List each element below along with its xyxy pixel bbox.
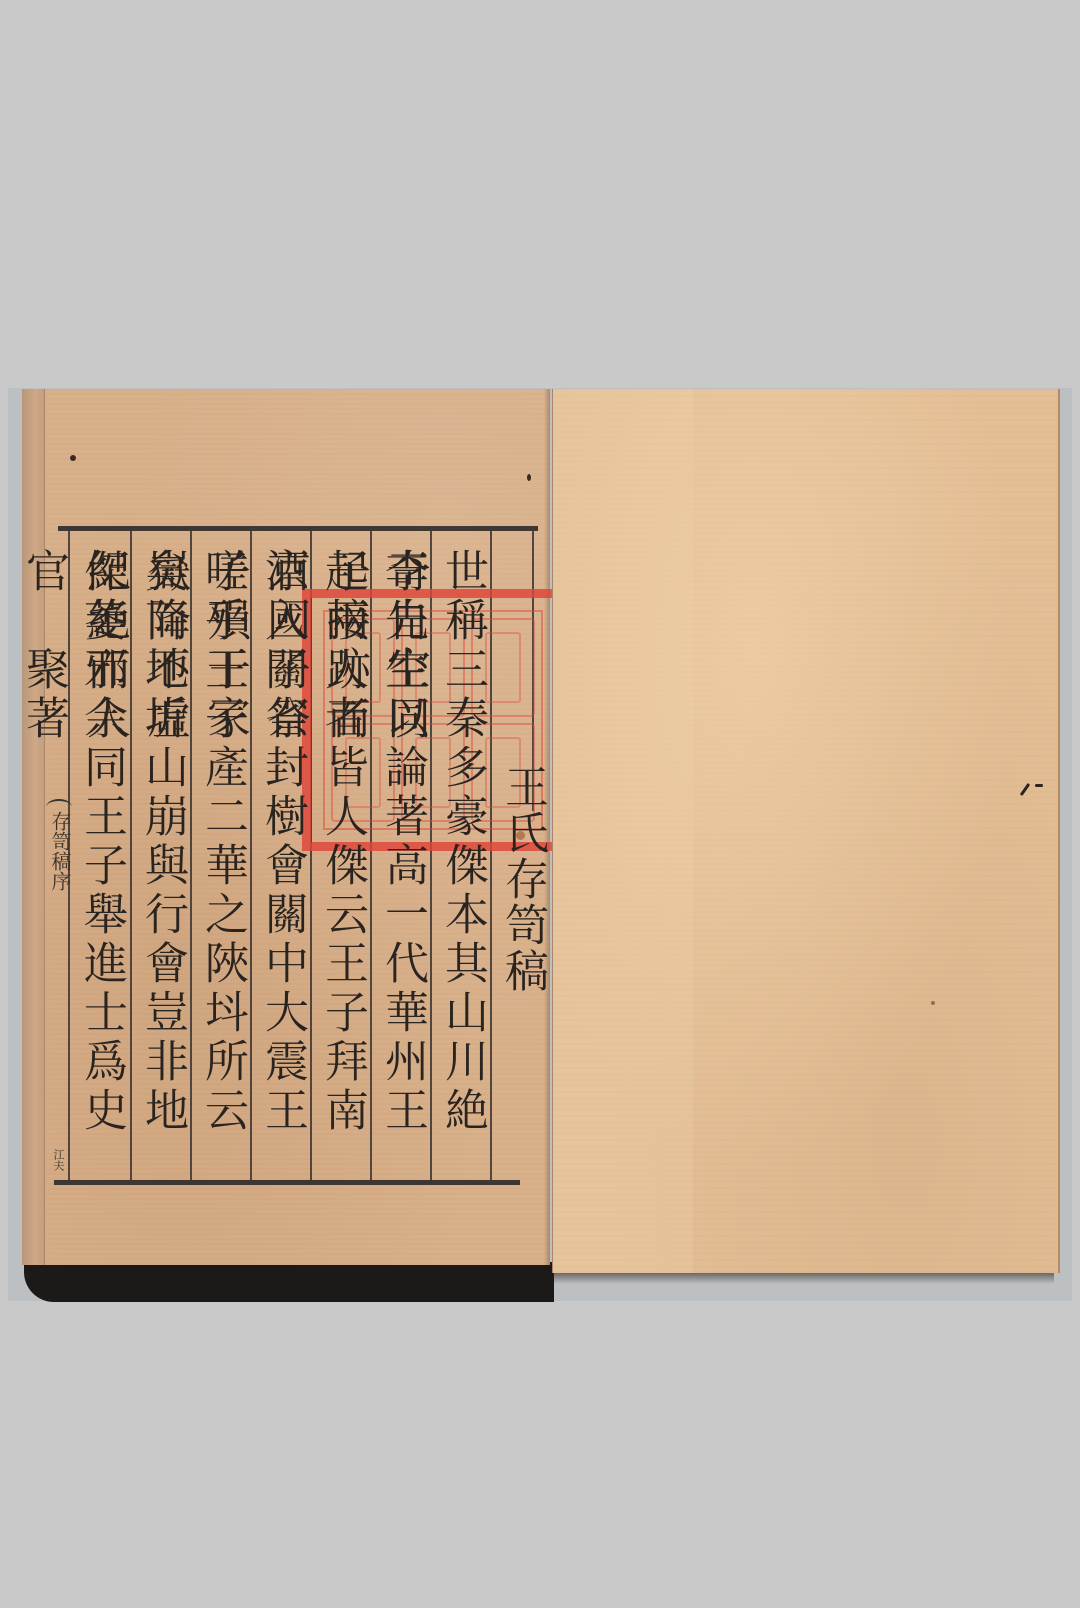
right-page bbox=[552, 389, 1060, 1273]
paper-speck bbox=[931, 1001, 935, 1005]
banxin-label: 存笥稿序 bbox=[48, 811, 72, 891]
printed-frame: 王氏存笥稿 世稱三秦多豪傑本其山川絶奇自空同 李先生以論著高一代華州王子接跡而 … bbox=[68, 526, 534, 1186]
text-column-7: 矣而地圻山崩與行會豈非地紀絶而人 bbox=[133, 548, 191, 1178]
text-column-5: 酒入關省封樹會關中大震王子殞于家 bbox=[253, 548, 311, 1178]
text-column-6: 嗟乎王子產二華之陜㘰所云嶽降不虛 bbox=[193, 548, 251, 1178]
ink-speck bbox=[527, 474, 531, 481]
folio-mark: 江夫 bbox=[50, 1149, 66, 1171]
text-column-4: 起兩人者皆人傑云王子拜南京國子祭 bbox=[313, 548, 371, 1178]
title-column: 王氏存笥稿 bbox=[493, 564, 551, 1194]
paper-tone-variation bbox=[553, 389, 693, 1273]
text-column-2: 世稱三秦多豪傑本其山川絶奇自空同 bbox=[433, 548, 491, 1178]
left-page: 王氏存笥稿 世稱三秦多豪傑本其山川絶奇自空同 李先生以論著高一代華州王子接跡而 … bbox=[22, 389, 550, 1265]
text-column-8: 傑萎邪余同王子舉進士爲史官𠯁聚著 bbox=[72, 548, 130, 1178]
text-column-3: 李先生以論著高一代華州王子接跡而 bbox=[373, 548, 431, 1178]
ink-speck bbox=[70, 455, 76, 461]
book-shadow bbox=[24, 1262, 554, 1302]
ink-stroke-mark bbox=[1020, 783, 1030, 796]
ink-stroke-mark bbox=[1035, 784, 1043, 787]
frame-bottom-border bbox=[54, 1180, 520, 1185]
